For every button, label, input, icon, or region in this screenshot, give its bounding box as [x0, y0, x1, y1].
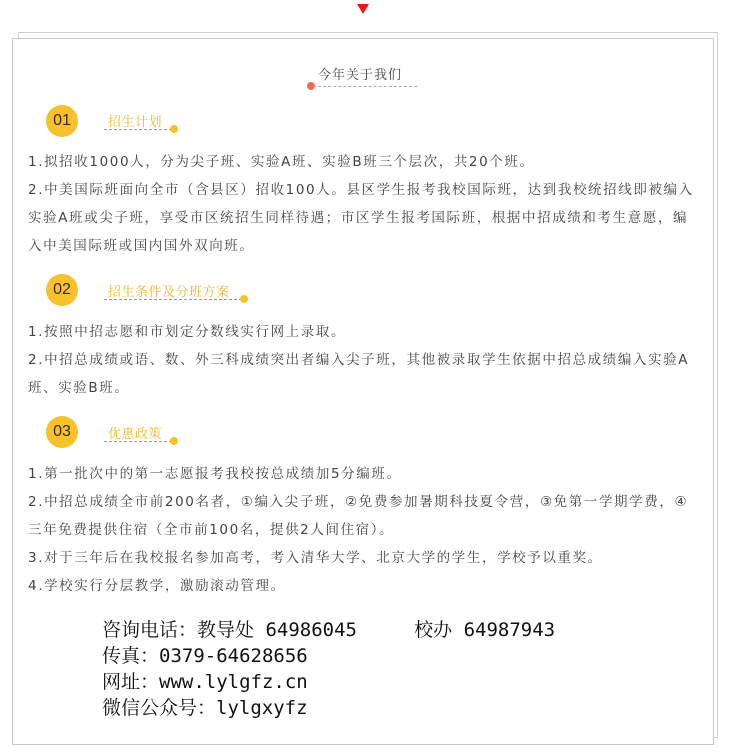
section-heading: 招生条件及分班方案 [108, 281, 230, 300]
section-dot-icon [170, 125, 178, 133]
section-number-badge: 02 [46, 274, 78, 306]
contact-wechat: 微信公众号：lylgxyfz [102, 695, 308, 721]
paragraph: 4.学校实行分层教学，激励滚动管理。 [28, 572, 700, 600]
section-number-badge: 01 [46, 105, 78, 137]
paragraph: 1.第一批次中的第一志愿报考我校按总成绩加5分编班。 [28, 460, 700, 488]
section-heading: 招生计划 [108, 111, 162, 130]
section-heading: 优惠政策 [108, 423, 162, 442]
paragraph: 1.按照中招志愿和市划定分数线实行网上录取。 [28, 318, 700, 346]
contact-website: 网址：www.lylgfz.cn [102, 669, 308, 695]
section-dot-icon [170, 437, 178, 445]
paragraph: 2.中招总成绩全市前200名者，①编入尖子班，②免费参加暑期科技夏令营，③免第一… [28, 488, 700, 544]
section-underline [104, 299, 242, 300]
section-dot-icon [240, 295, 248, 303]
paragraph: 3.对于三年后在我校报名参加高考，考入清华大学、北京大学的学生，学校予以重奖。 [28, 544, 700, 572]
paragraph: 2.中美国际班面向全市（含县区）招收100人。县区学生报考我校国际班，达到我校统… [28, 176, 700, 260]
contact-phone: 咨询电话：教导处 64986045 校办 64987943 [102, 617, 555, 643]
section-underline [104, 129, 172, 130]
down-arrow-icon [357, 4, 369, 14]
section-number-badge: 03 [46, 416, 78, 448]
paragraph: 2.中招总成绩或语、数、外三科成绩突出者编入尖子班，其他被录取学生依据中招总成绩… [28, 346, 700, 402]
section-underline [104, 441, 172, 442]
contact-fax: 传真：0379-64628656 [102, 643, 308, 669]
page-title: 今年关于我们 [318, 64, 402, 83]
paragraph: 1.拟招收1000人，分为尖子班、实验A班、实验B班三个层次，共20个班。 [28, 148, 700, 176]
title-underline [313, 86, 417, 87]
